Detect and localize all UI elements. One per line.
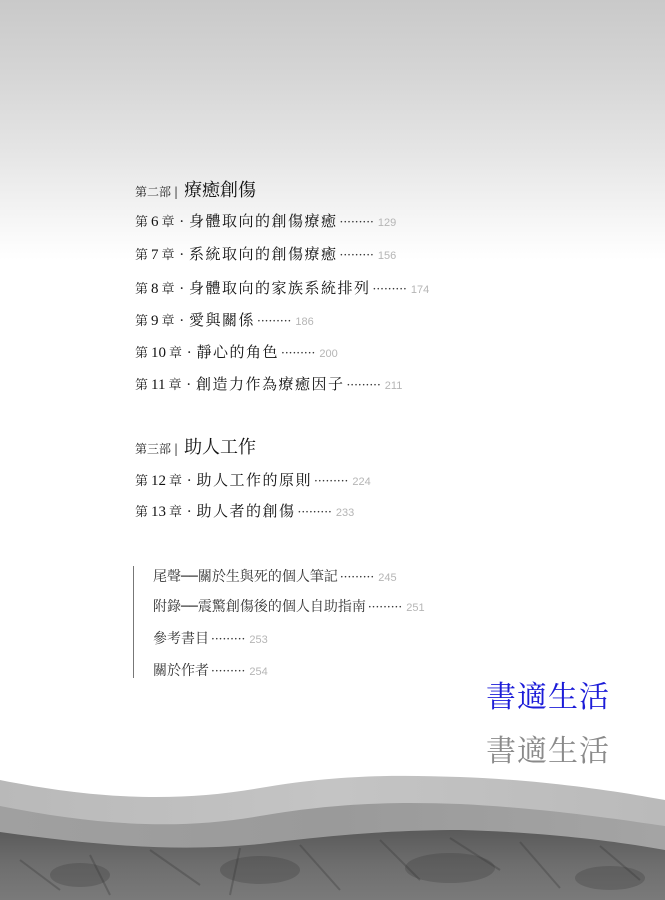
chapter-dot: · (186, 377, 190, 393)
decorative-wave-footer (0, 760, 665, 900)
chapter-title: 創造力作為療癒因子 (196, 373, 345, 394)
appendix-title: 尾聲──關於生與死的個人筆記 (153, 566, 338, 586)
chapter-dot: · (180, 214, 184, 230)
chapter-number: 13 (151, 504, 166, 521)
page-number: 129 (378, 217, 396, 229)
page-number: 251 (406, 602, 424, 614)
toc-entry-about-author[interactable]: 關於作者 ········· 254 (153, 660, 268, 680)
chapter-dot: · (187, 473, 191, 489)
page-number: 224 (352, 476, 370, 488)
appendix-title: 關於作者 (153, 660, 209, 680)
toc-entry-chapter-11[interactable]: 第 11 章 · 創造力作為療癒因子 ········· 211 (135, 373, 402, 394)
toc-entry-bibliography[interactable]: 參考書目 ········· 253 (153, 628, 268, 648)
chapter-prefix: 第 (135, 310, 148, 329)
chapter-number: 11 (151, 377, 165, 394)
toc-entry-epilogue[interactable]: 尾聲──關於生與死的個人筆記 ········· 245 (153, 566, 397, 586)
dot-leader: ········· (211, 632, 245, 646)
page-number: 200 (319, 348, 337, 360)
chapter-prefix: 第 (135, 501, 148, 520)
toc-entry-chapter-7[interactable]: 第 7 章 · 系統取向的創傷療癒 ········· 156 (135, 243, 396, 264)
part-label: 第二部 (135, 183, 171, 200)
dot-leader: ········· (373, 282, 407, 296)
dot-leader: ········· (346, 378, 380, 392)
chapter-prefix: 第 (135, 278, 148, 297)
part-label: 第三部 (135, 440, 171, 457)
appendix-title: 附錄──震驚創傷後的個人自助指南 (153, 596, 366, 616)
chapter-suffix: 章 (169, 501, 182, 520)
chapter-number: 10 (151, 345, 166, 362)
part-title: 助人工作 (184, 433, 256, 459)
page-number: 253 (249, 634, 267, 646)
chapter-title: 愛與關係 (189, 309, 255, 330)
page-number: 186 (295, 316, 313, 328)
toc-entry-chapter-10[interactable]: 第 10 章 · 靜心的角色 ········· 200 (135, 341, 338, 362)
chapter-dot: · (187, 504, 191, 520)
toc-entry-chapter-9[interactable]: 第 9 章 · 愛與關係 ········· 186 (135, 309, 314, 330)
part-heading-3: 第三部 | 助人工作 (135, 433, 256, 459)
dot-leader: ········· (340, 570, 374, 584)
appendix-title: 參考書目 (153, 628, 209, 648)
publisher-logo-blue: 書適生活 (486, 672, 610, 716)
chapter-prefix: 第 (135, 374, 148, 393)
appendix-vertical-rule (133, 566, 134, 678)
page-number: 254 (249, 666, 267, 678)
chapter-suffix: 章 (162, 244, 175, 263)
toc-entry-chapter-13[interactable]: 第 13 章 · 助人者的創傷 ········· 233 (135, 500, 354, 521)
chapter-title: 身體取向的創傷療癒 (189, 210, 338, 231)
chapter-dot: · (180, 247, 184, 263)
dot-leader: ········· (281, 346, 315, 360)
chapter-title: 系統取向的創傷療癒 (189, 243, 338, 264)
chapter-dot: · (187, 345, 191, 361)
chapter-title: 身體取向的家族系統排列 (189, 277, 371, 298)
part-separator: | (174, 185, 178, 199)
page-number: 174 (411, 284, 429, 296)
chapter-number: 9 (151, 313, 159, 330)
toc-entry-appendix[interactable]: 附錄──震驚創傷後的個人自助指南 ········· 251 (153, 596, 425, 616)
chapter-suffix: 章 (169, 470, 182, 489)
part-title: 療癒創傷 (184, 176, 256, 202)
chapter-title: 靜心的角色 (196, 341, 279, 362)
page-number: 233 (336, 507, 354, 519)
dot-leader: ········· (314, 474, 348, 488)
chapter-prefix: 第 (135, 244, 148, 263)
dot-leader: ········· (368, 600, 402, 614)
chapter-number: 12 (151, 473, 166, 490)
chapter-suffix: 章 (162, 278, 175, 297)
chapter-dot: · (180, 313, 184, 329)
chapter-number: 8 (151, 281, 159, 298)
page-number: 245 (378, 572, 396, 584)
chapter-suffix: 章 (162, 211, 175, 230)
chapter-suffix: 章 (162, 310, 175, 329)
dot-leader: ········· (340, 215, 374, 229)
page-number: 211 (385, 380, 403, 392)
toc-entry-chapter-12[interactable]: 第 12 章 · 助人工作的原則 ········· 224 (135, 469, 371, 490)
chapter-title: 助人工作的原則 (196, 469, 312, 490)
dot-leader: ········· (340, 248, 374, 262)
part-separator: | (174, 442, 178, 456)
chapter-suffix: 章 (169, 342, 182, 361)
chapter-title: 助人者的創傷 (196, 500, 295, 521)
chapter-suffix: 章 (168, 374, 181, 393)
dot-leader: ········· (298, 505, 332, 519)
chapter-number: 6 (151, 214, 159, 231)
toc-entry-chapter-6[interactable]: 第 6 章 · 身體取向的創傷療癒 ········· 129 (135, 210, 396, 231)
dot-leader: ········· (211, 664, 245, 678)
toc-entry-chapter-8[interactable]: 第 8 章 · 身體取向的家族系統排列 ········· 174 (135, 277, 429, 298)
chapter-prefix: 第 (135, 470, 148, 489)
page-number: 156 (378, 250, 396, 262)
chapter-number: 7 (151, 247, 159, 264)
chapter-prefix: 第 (135, 211, 148, 230)
chapter-dot: · (180, 281, 184, 297)
dot-leader: ········· (257, 314, 291, 328)
part-heading-2: 第二部 | 療癒創傷 (135, 176, 256, 202)
chapter-prefix: 第 (135, 342, 148, 361)
